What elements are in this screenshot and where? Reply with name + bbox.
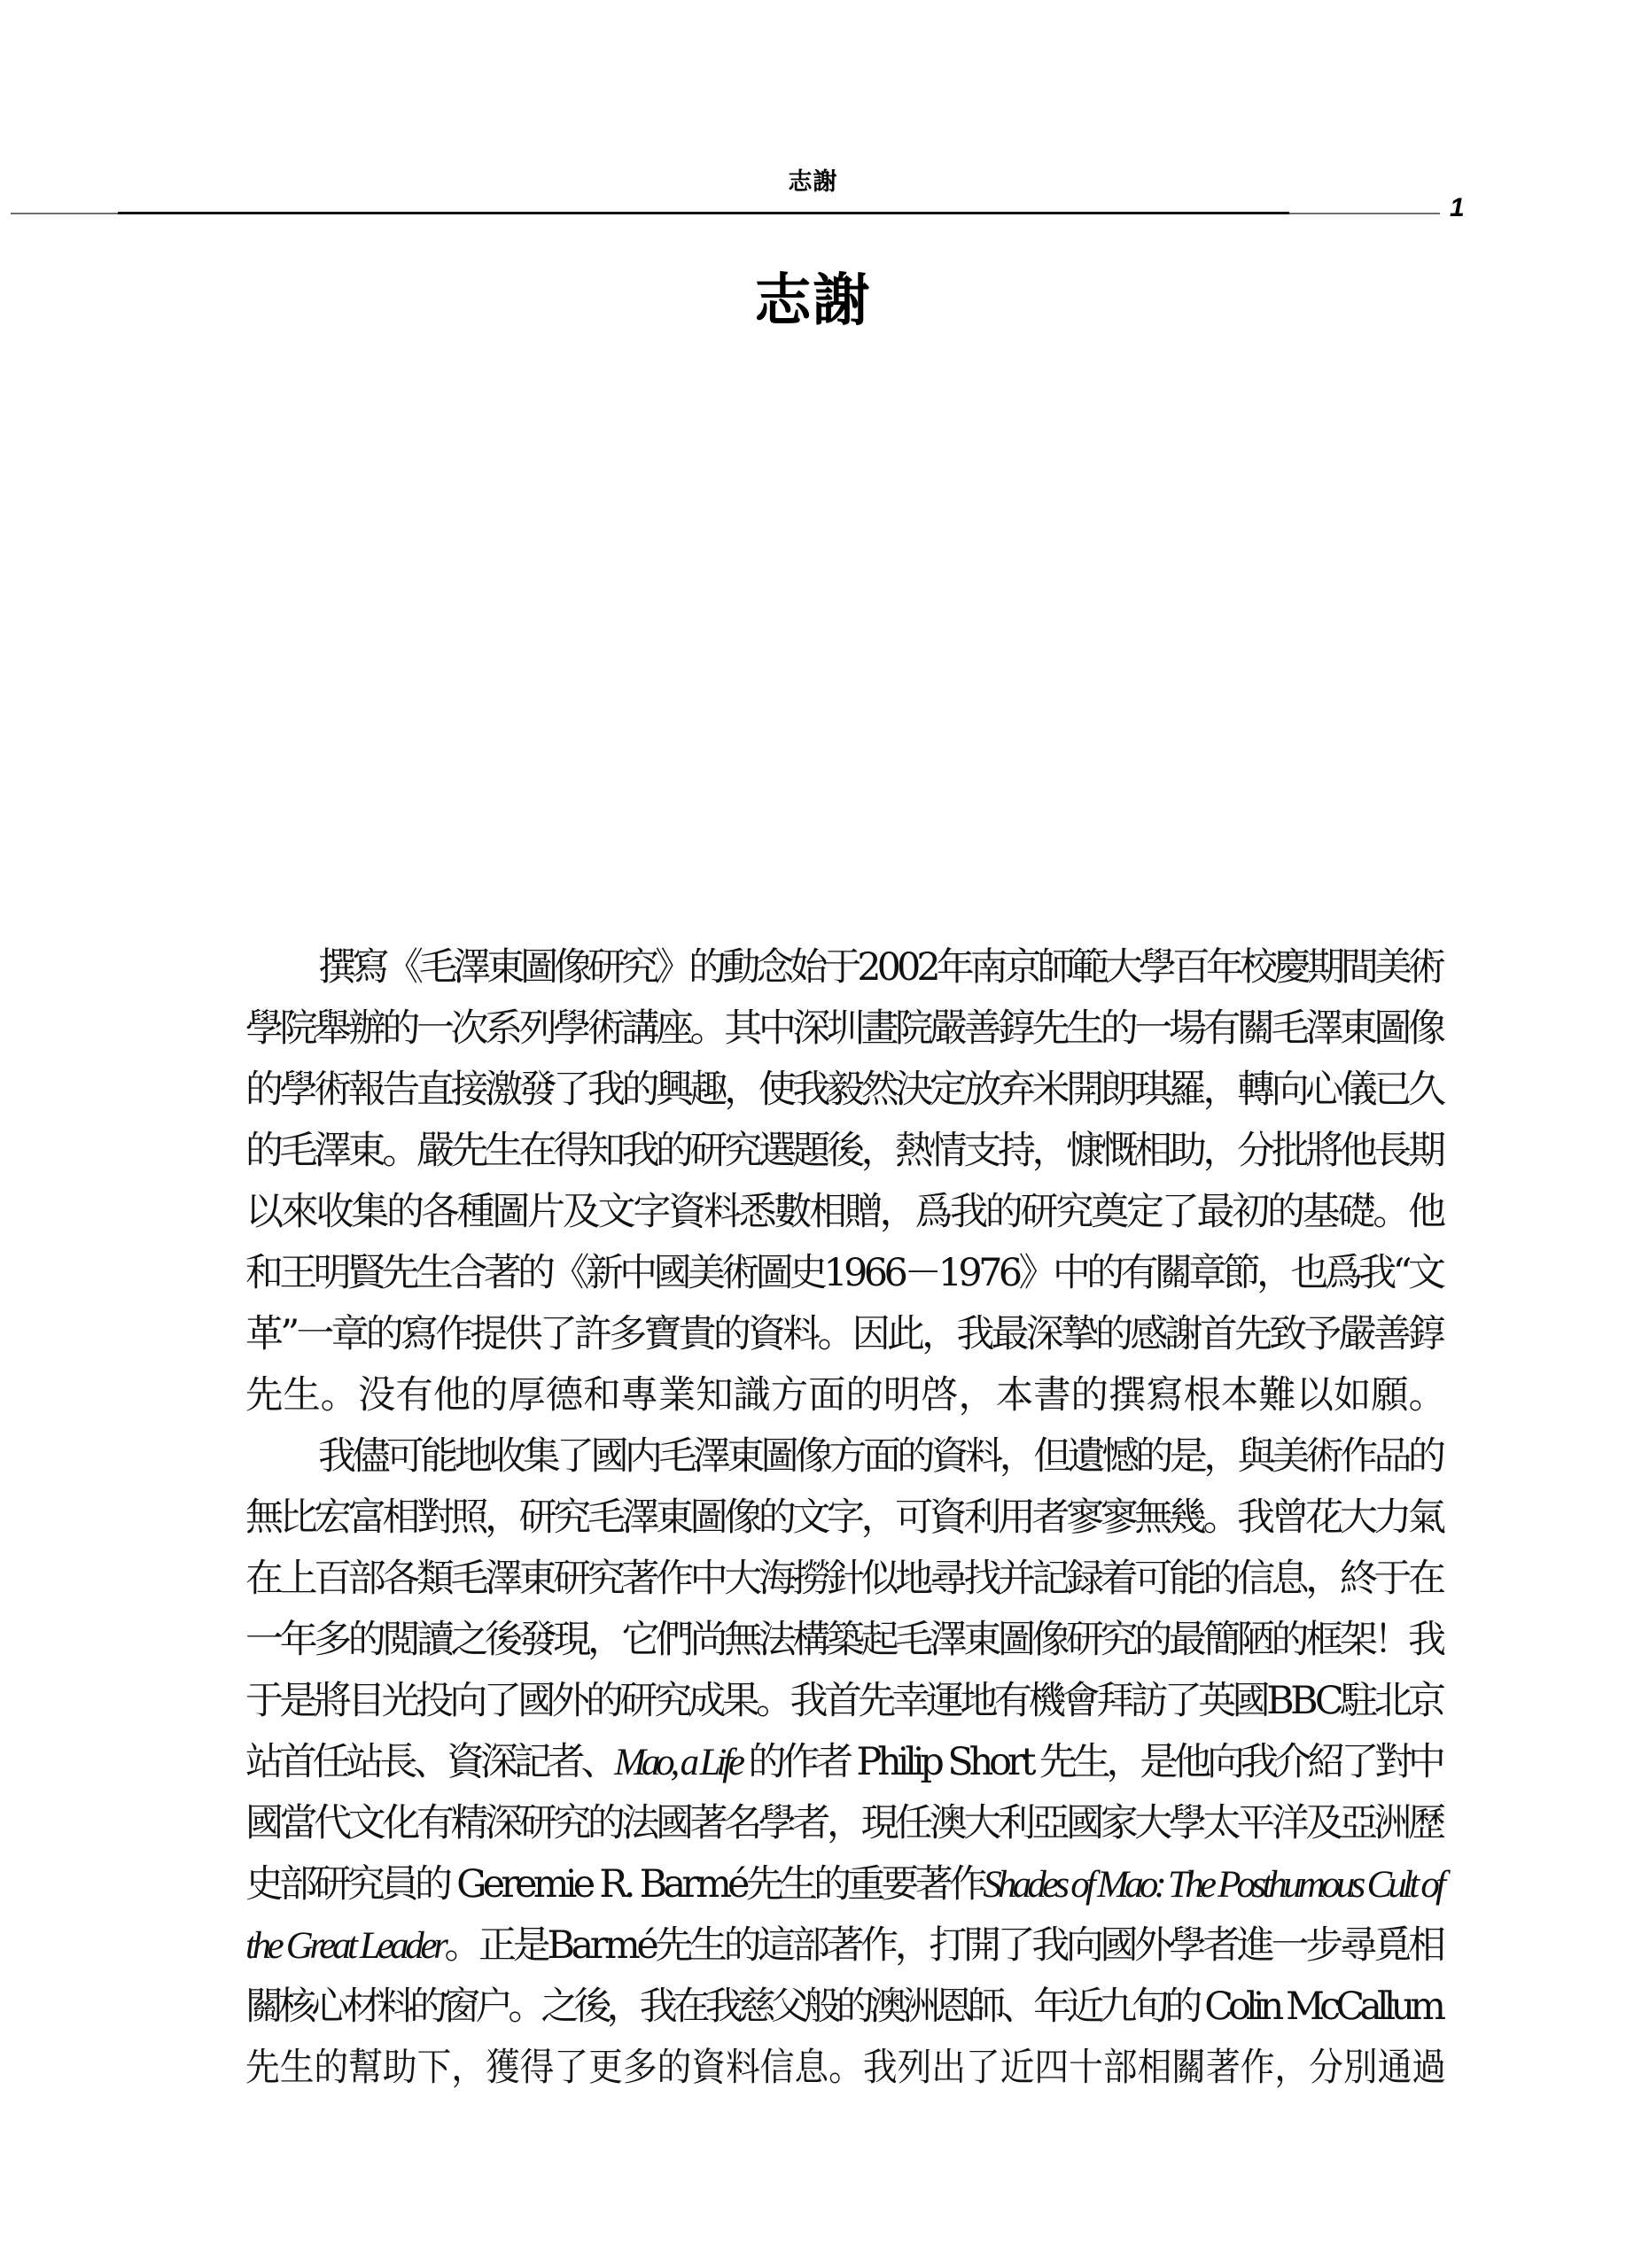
text-line: 我儘可能地收集了國内毛澤東圖像方面的資料，但遺憾的是，與美術作品的 <box>245 1426 1446 1487</box>
text-line: 關核心材料的窗户。之後，我在我慈父般的澳洲恩師、年近九旬的 Colin McCa… <box>245 1977 1446 2038</box>
text-line: 先生。没有他的厚德和專業知識方面的明啓，本書的撰寫根本難以如願。 <box>245 1365 1446 1426</box>
text-segment: 的毛澤東。嚴先生在得知我的研究選題後，熱情支持，慷慨相助，分批將他長期 <box>245 1129 1443 1173</box>
text-line: 在上百部各類毛澤東研究著作中大海撈針似地尋找并記録着可能的信息，終于在 <box>245 1549 1446 1610</box>
text-line: 和王明賢先生合著的《新中國美術圖史1966－1976》中的有關章節，也爲我“文 <box>245 1243 1446 1304</box>
text-segment: 我儘可能地收集了國内毛澤東圖像方面的資料，但遺憾的是，與美術作品的 <box>318 1434 1442 1479</box>
text-segment: 站首任站長、資深記者、 <box>245 1740 614 1784</box>
text-segment: 以來收集的各種圖片及文字資料悉數相贈，爲我的研究奠定了最初的基礎。他 <box>245 1190 1443 1234</box>
text-line: 的學術報告直接激發了我的興趣，使我毅然決定放弃米開朗琪羅，轉向心儀已久 <box>245 1060 1446 1121</box>
chapter-title: 志謝 <box>0 266 1626 337</box>
text-line: 國當代文化有精深研究的法國著名學者，現任澳大利亞國家大學太平洋及亞洲歷 <box>245 1793 1446 1854</box>
text-line: 學院舉辦的一次系列學術講座。其中深圳畫院嚴善錞先生的一場有關毛澤東圖像 <box>245 998 1446 1060</box>
text-segment: 學院舉辦的一次系列學術講座。其中深圳畫院嚴善錞先生的一場有關毛澤東圖像 <box>245 1006 1443 1051</box>
text-line: 于是將目光投向了國外的研究成果。我首先幸運地有機會拜訪了英國BBC駐北京 <box>245 1671 1446 1732</box>
italic-title: Mao, a Life <box>614 1742 741 1783</box>
text-line: 的毛澤東。嚴先生在得知我的研究選題後，熱情支持，慷慨相助，分批將他長期 <box>245 1121 1446 1182</box>
text-segment: 革”一章的寫作提供了許多寶貴的資料。因此，我最深摯的感謝首先致予嚴善錞 <box>245 1312 1443 1356</box>
text-line: 站首任站長、資深記者、Mao, a Life 的作者 Philip Short … <box>245 1732 1446 1793</box>
text-segment: 的學術報告直接激發了我的興趣，使我毅然決定放弃米開朗琪羅，轉向心儀已久 <box>245 1068 1443 1112</box>
text-segment: 先生。没有他的厚德和專業知識方面的明啓，本書的撰寫根本難以如願。 <box>245 1373 1446 1417</box>
page-number: 1 <box>1450 193 1465 223</box>
text-segment: 先生的幫助下，獲得了更多的資料信息。我列出了近四十部相關著作，分別通過 <box>245 2046 1446 2090</box>
text-line: 以來收集的各種圖片及文字資料悉數相贈，爲我的研究奠定了最初的基礎。他 <box>245 1182 1446 1243</box>
text-segment: 撰寫《毛澤東圖像研究》的動念始于2002年南京師範大學百年校慶期間美術 <box>318 945 1442 990</box>
running-head: 志謝 <box>0 168 1626 197</box>
text-segment: 在上百部各類毛澤東研究著作中大海撈針似地尋找并記録着可能的信息，終于在 <box>245 1557 1443 1601</box>
text-line: 先生的幫助下，獲得了更多的資料信息。我列出了近四十部相關著作，分別通過 <box>245 2038 1446 2099</box>
text-line: 一年多的閲讀之後發現，它們尚無法構築起毛澤東圖像研究的最簡陋的框架！我 <box>245 1610 1446 1671</box>
text-segment: 史部研究員的 Geremie R. Barmé先生的重要著作 <box>245 1862 983 1907</box>
text-segment: 關核心材料的窗户。之後，我在我慈父般的澳洲恩師、年近九旬的 Colin McCa… <box>245 1984 1441 2029</box>
paragraph: 撰寫《毛澤東圖像研究》的動念始于2002年南京師範大學百年校慶期間美術學院舉辦的… <box>245 937 1446 1426</box>
text-segment: 和王明賢先生合著的《新中國美術圖史1966－1976》中的有關章節，也爲我“文 <box>245 1251 1442 1295</box>
text-segment: 無比宏富相對照，研究毛澤東圖像的文字，可資利用者寥寥無幾。我曾花大力氣 <box>245 1495 1443 1540</box>
text-line: 撰寫《毛澤東圖像研究》的動念始于2002年南京師範大學百年校慶期間美術 <box>245 937 1446 998</box>
header-rule-dark <box>118 212 1289 214</box>
text-segment: 國當代文化有精深研究的法國著名學者，現任澳大利亞國家大學太平洋及亞洲歷 <box>245 1801 1443 1845</box>
italic-title: the Great Leader <box>245 1925 444 1967</box>
body-text: 撰寫《毛澤東圖像研究》的動念始于2002年南京師範大學百年校慶期間美術學院舉辦的… <box>245 937 1446 2099</box>
text-line: the Great Leader。正是Barmé先生的這部著作，打開了我向國外學… <box>245 1915 1446 1977</box>
text-segment: 一年多的閲讀之後發現，它們尚無法構築起毛澤東圖像研究的最簡陋的框架！我 <box>245 1618 1443 1662</box>
text-segment: 。正是Barmé先生的這部著作，打開了我向國外學者進一步尋覓相 <box>444 1923 1442 1968</box>
text-segment: 的作者 Philip Short 先生，是他向我介紹了對中 <box>741 1740 1442 1784</box>
text-segment: 于是將目光投向了國外的研究成果。我首先幸運地有機會拜訪了英國BBC駐北京 <box>245 1679 1442 1723</box>
text-line: 革”一章的寫作提供了許多寶貴的資料。因此，我最深摯的感謝首先致予嚴善錞 <box>245 1304 1446 1365</box>
text-line: 無比宏富相對照，研究毛澤東圖像的文字，可資利用者寥寥無幾。我曾花大力氣 <box>245 1487 1446 1549</box>
italic-title: Shades of Mao: The Posthumous Cult of <box>983 1864 1442 1906</box>
text-line: 史部研究員的 Geremie R. Barmé先生的重要著作Shades of … <box>245 1854 1446 1915</box>
paragraph: 我儘可能地收集了國内毛澤東圖像方面的資料，但遺憾的是，與美術作品的無比宏富相對照… <box>245 1426 1446 2099</box>
